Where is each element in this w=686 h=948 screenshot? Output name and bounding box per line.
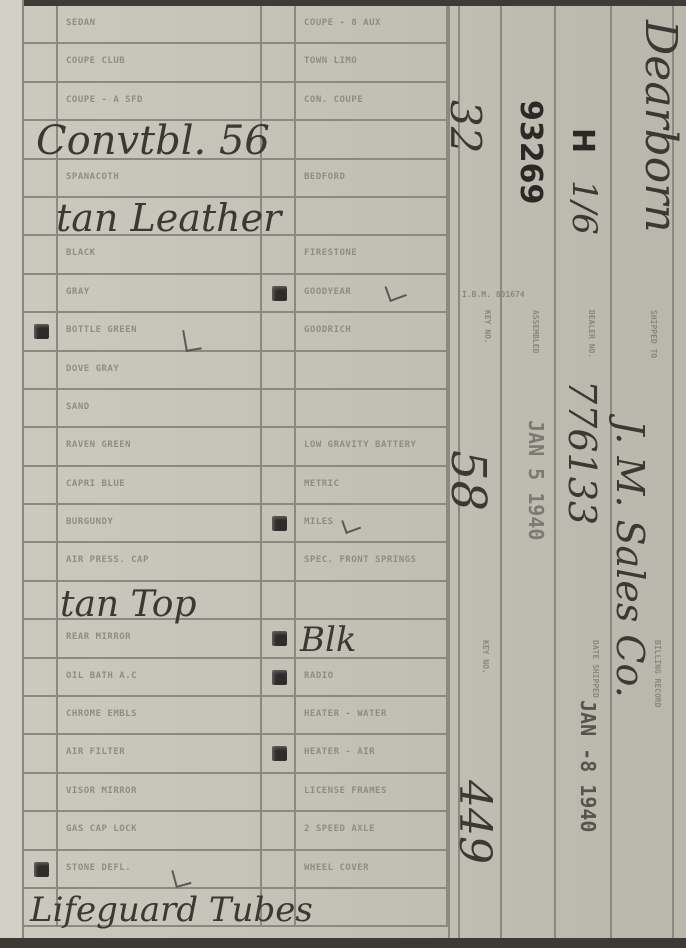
right-option-cell — [296, 352, 448, 388]
serial-number: 93269 — [513, 100, 548, 204]
left-mark-cell — [24, 198, 58, 234]
option-label: GOODYEAR — [304, 287, 351, 297]
grid-row: STONE DEFL.WHEEL COVER — [24, 851, 448, 889]
left-option-cell: GRAY — [58, 275, 262, 311]
option-label: LICENSE FRAMES — [304, 786, 387, 796]
option-label: FIRESTONE — [304, 248, 357, 258]
right-option-cell: CON. COUPE — [296, 83, 448, 119]
right-option-cell: LICENSE FRAMES — [296, 774, 448, 810]
right-option-cell: BEDFORD — [296, 160, 448, 196]
left-mark-cell — [24, 390, 58, 426]
punched-square-icon — [272, 746, 287, 761]
punched-square-icon — [272, 286, 287, 301]
column-divider — [500, 6, 502, 944]
handwritten-plant: Dearborn — [635, 20, 686, 233]
option-label: HEATER - AIR — [304, 747, 375, 757]
column-divider — [554, 6, 556, 944]
option-label: BURGUNDY — [66, 517, 113, 527]
handwritten-trim-note: tan Leather — [56, 196, 281, 240]
option-label: MILES — [304, 517, 334, 527]
right-option-cell: MILES — [296, 505, 448, 541]
option-label: HEATER - WATER — [304, 709, 387, 719]
left-option-cell: SPANACOTH — [58, 160, 262, 196]
grid-row: BOTTLE GREENGOODRICH — [24, 313, 448, 351]
left-option-cell: CAPRI BLUE — [58, 467, 262, 503]
option-label: SPEC. FRONT SPRINGS — [304, 555, 416, 565]
left-mark-cell — [24, 735, 58, 771]
right-mark-cell — [262, 697, 296, 733]
assembled-date: JAN 5 1940 — [524, 420, 548, 540]
left-option-cell: SEDAN — [58, 6, 262, 42]
punched-square-icon — [34, 324, 49, 339]
option-label: SEDAN — [66, 18, 96, 28]
right-mark-cell — [262, 6, 296, 42]
label-assembled: ASSEMBLED — [531, 310, 540, 353]
left-option-cell: COUPE - A SFD — [58, 83, 262, 119]
left-mark-cell — [24, 236, 58, 272]
grid-row: SAND — [24, 390, 448, 428]
right-mark-cell — [262, 774, 296, 810]
right-mark-cell — [262, 236, 296, 272]
card-bottom-edge — [0, 938, 686, 948]
handwritten-body-note: Convtbl. 56 — [36, 118, 270, 164]
right-mark-cell — [262, 352, 296, 388]
grid-row: GRAYGOODYEAR — [24, 275, 448, 313]
right-mark-cell — [262, 620, 296, 656]
left-mark-cell — [24, 697, 58, 733]
option-label: BOTTLE GREEN — [66, 325, 137, 335]
grid-row: SEDANCOUPE - 8 AUX — [24, 6, 448, 44]
left-option-cell: STONE DEFL. — [58, 851, 262, 887]
handwritten-number-b: 58 — [440, 450, 496, 511]
right-option-cell — [296, 121, 448, 157]
option-label: RAVEN GREEN — [66, 440, 131, 450]
right-mark-cell — [262, 467, 296, 503]
grid-row: GAS CAP LOCK2 SPEED AXLE — [24, 812, 448, 850]
left-option-cell: COUPE CLUB — [58, 44, 262, 80]
right-option-cell: GOODRICH — [296, 313, 448, 349]
left-option-cell: GAS CAP LOCK — [58, 812, 262, 848]
serial-letter: H — [565, 128, 600, 153]
label-billing-record: BILLING RECORD — [653, 640, 662, 707]
left-mark-cell — [24, 83, 58, 119]
left-option-cell: OIL BATH A.C — [58, 659, 262, 695]
option-label: STONE DEFL. — [66, 863, 131, 873]
left-mark-cell — [24, 6, 58, 42]
right-mark-cell — [262, 505, 296, 541]
label-key-no-2: KEY NO. — [481, 640, 490, 674]
right-option-cell: TOWN LIMO — [296, 44, 448, 80]
option-label: COUPE - A SFD — [66, 95, 143, 105]
shipped-date: JAN -8 1940 — [576, 700, 600, 832]
grid-row: AIR FILTERHEATER - AIR — [24, 735, 448, 773]
right-option-cell: COUPE - 8 AUX — [296, 6, 448, 42]
left-mark-cell — [24, 313, 58, 349]
grid-row: BLACKFIRESTONE — [24, 236, 448, 274]
right-mark-cell — [262, 851, 296, 887]
right-option-cell: HEATER - WATER — [296, 697, 448, 733]
right-option-cell: HEATER - AIR — [296, 735, 448, 771]
option-label: 2 SPEED AXLE — [304, 824, 375, 834]
right-option-cell: RADIO — [296, 659, 448, 695]
left-mark-cell — [24, 467, 58, 503]
grid-row: COUPE CLUBTOWN LIMO — [24, 44, 448, 82]
left-mark-cell — [24, 620, 58, 656]
label-shipped-to: SHIPPED TO — [649, 310, 658, 358]
punched-square-icon — [272, 631, 287, 646]
left-mark-cell — [24, 505, 58, 541]
right-mark-cell — [262, 428, 296, 464]
label-key-no: KEY NO. — [483, 310, 492, 344]
left-mark-cell — [24, 44, 58, 80]
left-mark-cell — [24, 812, 58, 848]
left-mark-cell — [24, 851, 58, 887]
grid-row: CHROME EMBLSHEATER - WATER — [24, 697, 448, 735]
right-mark-cell — [262, 275, 296, 311]
label-date-shipped: DATE SHIPPED — [591, 640, 600, 698]
right-mark-cell — [262, 160, 296, 196]
right-option-cell: LOW GRAVITY BATTERY — [296, 428, 448, 464]
right-mark-cell — [262, 735, 296, 771]
left-option-cell: VISOR MIRROR — [58, 774, 262, 810]
label-dealer-no: DEALER NO. — [587, 310, 596, 358]
option-label: WHEEL COVER — [304, 863, 369, 873]
right-option-cell: METRIC — [296, 467, 448, 503]
option-label: SAND — [66, 402, 90, 412]
left-option-cell: BLACK — [58, 236, 262, 272]
punched-square-icon — [272, 670, 287, 685]
option-label: SPANACOTH — [66, 172, 119, 182]
grid-row: REAR MIRROR — [24, 620, 448, 658]
option-label: OIL BATH A.C — [66, 671, 137, 681]
right-mark-cell — [262, 659, 296, 695]
left-mark-cell — [24, 352, 58, 388]
option-label: GOODRICH — [304, 325, 351, 335]
handwritten-color-note: Blk — [300, 620, 356, 660]
option-label: GAS CAP LOCK — [66, 824, 137, 834]
option-label: BEDFORD — [304, 172, 345, 182]
option-label: RADIO — [304, 671, 334, 681]
left-mark-cell — [24, 543, 58, 579]
grid-row: CAPRI BLUEMETRIC — [24, 467, 448, 505]
option-label: METRIC — [304, 479, 340, 489]
option-label: DOVE GRAY — [66, 364, 119, 374]
right-mark-cell — [262, 83, 296, 119]
left-mark-cell — [24, 275, 58, 311]
form-number: I.B.M. 801674 — [462, 290, 525, 299]
option-label: CHROME EMBLS — [66, 709, 137, 719]
handwritten-fraction: 1/6 — [564, 180, 604, 235]
grid-row: BURGUNDYMILES — [24, 505, 448, 543]
grid-row: DOVE GRAY — [24, 352, 448, 390]
left-option-cell: BOTTLE GREEN — [58, 313, 262, 349]
option-label: CON. COUPE — [304, 95, 363, 105]
right-option-cell — [296, 198, 448, 234]
handwritten-dealer: J. M. Sales Co. — [608, 420, 652, 698]
option-label: LOW GRAVITY BATTERY — [304, 440, 416, 450]
left-mark-cell — [24, 160, 58, 196]
right-option-cell — [296, 582, 448, 618]
option-label: COUPE CLUB — [66, 56, 125, 66]
handwritten-dealer-number: 776133 — [560, 380, 604, 525]
left-option-cell: SAND — [58, 390, 262, 426]
left-option-cell: AIR FILTER — [58, 735, 262, 771]
option-label: AIR FILTER — [66, 747, 125, 757]
option-label: COUPE - 8 AUX — [304, 18, 381, 28]
handwritten-number-a: 32 — [441, 100, 490, 153]
left-mark-cell — [24, 659, 58, 695]
left-option-cell: AIR PRESS. CAP — [58, 543, 262, 579]
option-label: CAPRI BLUE — [66, 479, 125, 489]
left-mark-cell — [24, 582, 58, 618]
option-label: VISOR MIRROR — [66, 786, 137, 796]
option-label: REAR MIRROR — [66, 632, 131, 642]
punched-square-icon — [272, 516, 287, 531]
right-mark-cell — [262, 812, 296, 848]
grid-row: RAVEN GREENLOW GRAVITY BATTERY — [24, 428, 448, 466]
grid-row: AIR PRESS. CAPSPEC. FRONT SPRINGS — [24, 543, 448, 581]
right-mark-cell — [262, 313, 296, 349]
right-option-cell: SPEC. FRONT SPRINGS — [296, 543, 448, 579]
left-option-cell: BURGUNDY — [58, 505, 262, 541]
right-option-cell — [296, 889, 448, 925]
option-label: AIR PRESS. CAP — [66, 555, 149, 565]
record-card: SEDANCOUPE - 8 AUXCOUPE CLUBTOWN LIMOCOU… — [0, 0, 686, 948]
right-option-cell: GOODYEAR — [296, 275, 448, 311]
card-left-margin — [0, 0, 24, 948]
right-mark-cell — [262, 390, 296, 426]
punched-square-icon — [34, 862, 49, 877]
handwritten-top-note: tan Top — [60, 584, 197, 625]
option-label: TOWN LIMO — [304, 56, 357, 66]
grid-row: SPANACOTHBEDFORD — [24, 160, 448, 198]
right-option-cell: FIRESTONE — [296, 236, 448, 272]
left-option-cell: RAVEN GREEN — [58, 428, 262, 464]
right-option-cell — [296, 390, 448, 426]
right-mark-cell — [262, 543, 296, 579]
left-option-cell: DOVE GRAY — [58, 352, 262, 388]
left-mark-cell — [24, 774, 58, 810]
right-mark-cell — [262, 582, 296, 618]
right-option-cell: WHEEL COVER — [296, 851, 448, 887]
right-mark-cell — [262, 44, 296, 80]
grid-row: VISOR MIRRORLICENSE FRAMES — [24, 774, 448, 812]
option-label: GRAY — [66, 287, 90, 297]
right-option-cell: 2 SPEED AXLE — [296, 812, 448, 848]
handwritten-tire-note: Lifeguard Tubes — [30, 890, 313, 930]
left-mark-cell — [24, 428, 58, 464]
grid-row: COUPE - A SFDCON. COUPE — [24, 83, 448, 121]
left-option-cell: CHROME EMBLS — [58, 697, 262, 733]
handwritten-number-c: 449 — [449, 780, 500, 864]
option-label: BLACK — [66, 248, 96, 258]
left-option-cell: REAR MIRROR — [58, 620, 262, 656]
grid-row: OIL BATH A.CRADIO — [24, 659, 448, 697]
